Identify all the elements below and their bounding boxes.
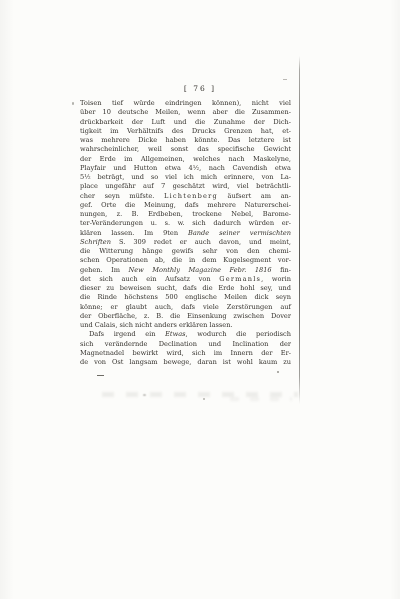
text-line: place ungefähr auf 7 geschätzt wird, vie… (80, 182, 291, 191)
scan-speck (72, 102, 74, 105)
text-line: cher seyn müfste. Lichtenberg äufsert am… (80, 192, 291, 201)
text-line: drückbarkeit der Luft und die Zunahme de… (80, 118, 291, 127)
text-line: ter-Veränderungen u. s. w. sich dadurch … (80, 219, 291, 228)
scanned-book-page: [ 76 ] Toisen tief würde eindringen könn… (0, 0, 400, 599)
text-line: was mehrere Dicke haben könnte. Das letz… (80, 136, 291, 145)
scan-speck (277, 371, 279, 373)
text-line: sich verändernde Declination und Inclina… (80, 340, 291, 349)
text-line: könne; er glaubt auch, dafs viele Zerstö… (80, 303, 291, 312)
text-line: 5½ beträgt, und so viel ich mich erinner… (80, 173, 291, 182)
text-line: über 10 deutsche Meilen, wenn aber die Z… (80, 108, 291, 117)
margin-dash (97, 375, 104, 376)
text-line: die Witterung hänge gewifs sehr von den … (80, 247, 291, 256)
text-line: der Oberfläche, z. B. die Einsenkung zwi… (80, 312, 291, 321)
text-line: und Calais, sich nicht anders erklären l… (80, 321, 291, 330)
text-line: tigkeit im Verhältnifs des Drucks Grenze… (80, 127, 291, 136)
page-number: [ 76 ] (160, 84, 240, 93)
text-line: nungen, z. B. Erdbeben, trockene Nebel, … (80, 210, 291, 219)
scan-speck (203, 398, 205, 400)
text-line: Schriften S. 309 redet er auch davon, un… (80, 238, 291, 247)
text-line: Magnetnadel bewirkt wird, sich im Innern… (80, 349, 291, 358)
text-line: schen Operationen ab, die in dem Kugelse… (80, 256, 291, 265)
text-line: wahrscheinlicher, weil sonst das specifi… (80, 145, 291, 154)
text-line: Toisen tief würde eindringen können), ni… (80, 99, 291, 108)
text-line: die Rinde höchstens 500 englische Meilen… (80, 293, 291, 302)
text-line: klären lassen. Im 9ten Bande seiner verm… (80, 229, 291, 238)
text-line: dieser zu beweisen sucht, dafs die Erde … (80, 284, 291, 293)
scan-speck (283, 79, 287, 80)
scan-speck (143, 394, 146, 396)
text-line: der Erde im Allgemeinen, welches nach Ma… (80, 155, 291, 164)
text-line: det sich auch ein Aufsatz von Germanls, … (80, 275, 291, 284)
text-line: Dafs irgend ein Etwas, wodurch die perio… (80, 330, 291, 339)
text-line: Playfair und Hutton etwa 4½, nach Cavend… (80, 164, 291, 173)
text-line: de von Ost langsam bewege, daran ist woh… (80, 358, 291, 367)
text-line: gef. Orte die Meinung, dafs mehrere Natu… (80, 201, 291, 210)
showthrough-smudge-2 (230, 397, 292, 401)
body-text-block: Toisen tief würde eindringen können), ni… (80, 99, 291, 367)
scan-fold-line (299, 56, 300, 404)
text-line: gehen. Im New Monthly Magazine Febr. 181… (80, 266, 291, 275)
